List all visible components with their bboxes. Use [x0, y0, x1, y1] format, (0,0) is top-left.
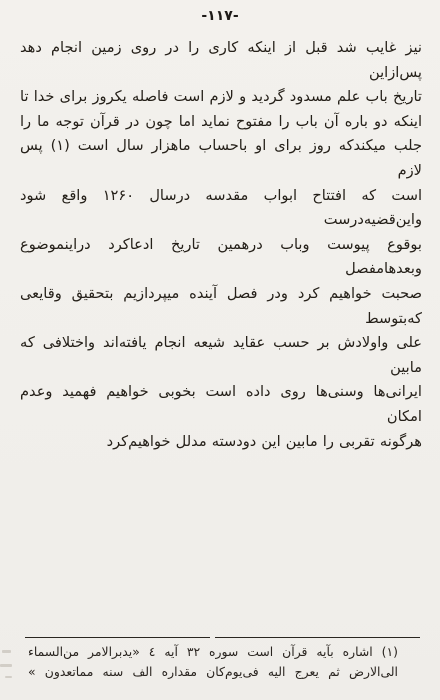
body-text: نیز غایب شد قبل از اینکه کاری را در روی … — [20, 36, 422, 454]
separator-segment — [215, 637, 420, 638]
body-line: جلب میکندکه روز برای او باحساب ماهزار سا… — [20, 134, 422, 183]
footnote-line: (۱) اشاره بآیه قرآن است سوره ۳۲ آیه ٤ «ی… — [28, 642, 398, 662]
scan-artifact — [0, 664, 12, 667]
footnote: (۱) اشاره بآیه قرآن است سوره ۳۲ آیه ٤ «ی… — [28, 642, 398, 681]
scan-artifact — [2, 650, 11, 653]
body-line: است که افتتاح ابواب مقدسه درسال ۱۲۶۰ واق… — [20, 184, 422, 233]
body-line: هرگونه تقربی را مابین این دودسته مدلل خو… — [20, 430, 422, 455]
separator-segment — [25, 637, 210, 638]
scanned-book-page: -۱۱۷- نیز غایب شد قبل از اینکه کاری را د… — [0, 0, 440, 700]
body-line: نیز غایب شد قبل از اینکه کاری را در روی … — [20, 36, 422, 85]
footnote-line: الی‌الارض ثم یعرج الیه فی‌یوم‌کان مقداره… — [28, 662, 398, 682]
body-line: صحبت خواهیم کرد ودر فصل آینده میپردازیم … — [20, 282, 422, 331]
page-number: -۱۱۷- — [0, 8, 440, 24]
body-line: تاریخ باب علم مسدود گردید و لازم است فاص… — [20, 85, 422, 110]
scan-artifact — [5, 676, 12, 678]
body-line: بوقوع پیوست وباب درهمین تاریخ ادعاکرد در… — [20, 233, 422, 282]
body-line: علی واولادش بر حسب عقاید شیعه انجام یافت… — [20, 331, 422, 380]
body-line: اینکه دو باره آن باب را مفتوح نماید اما … — [20, 110, 422, 135]
footnote-separator — [25, 637, 420, 638]
body-line: ایرانی‌ها وسنی‌ها روی داده است بخوبی خوا… — [20, 380, 422, 429]
